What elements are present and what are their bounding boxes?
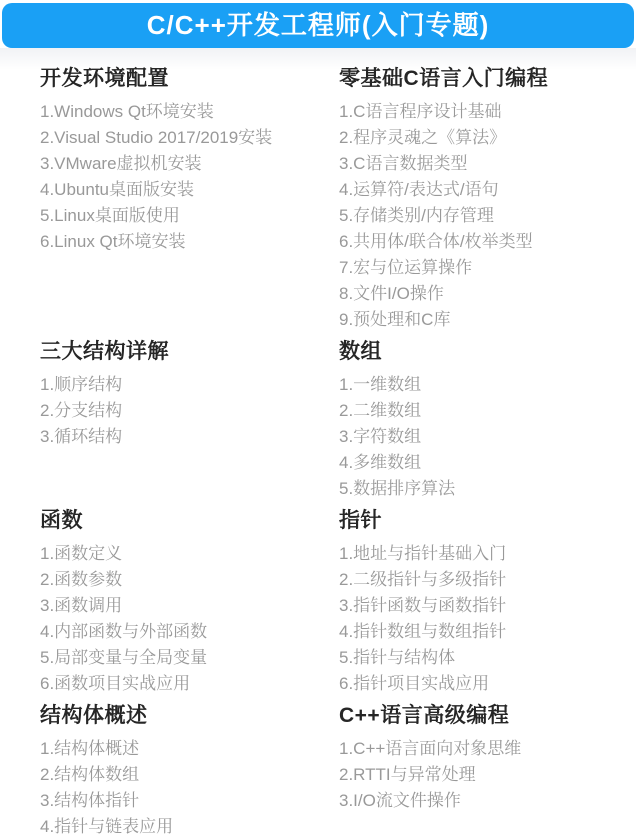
- course-item: 2.函数参数: [40, 567, 319, 593]
- course-item: 4.指针数组与数组指针: [339, 619, 618, 645]
- course-item: 2.RTTI与异常处理: [339, 762, 618, 788]
- section-item-list: 1.函数定义2.函数参数3.函数调用4.内部函数与外部函数5.局部变量与全局变量…: [40, 541, 319, 697]
- course-item: 6.Linux Qt环境安装: [40, 229, 319, 255]
- course-item: 9.预处理和C库: [339, 307, 618, 333]
- course-item: 4.多维数组: [339, 450, 618, 476]
- page-title: C/C++开发工程师(入门专题): [147, 12, 489, 40]
- course-item: 3.结构体指针: [40, 788, 319, 814]
- course-item: 5.存储类别/内存管理: [339, 203, 618, 229]
- course-item: 3.字符数组: [339, 424, 618, 450]
- section-title: 开发环境配置: [40, 64, 319, 94]
- course-item: 3.C语言数据类型: [339, 151, 618, 177]
- course-item: 8.文件I/O操作: [339, 281, 618, 307]
- course-section: 三大结构详解1.顺序结构2.分支结构3.循环结构: [40, 337, 319, 450]
- course-sections-grid: 开发环境配置1.Windows Qt环境安装2.Visual Studio 20…: [0, 48, 636, 840]
- course-item: 5.局部变量与全局变量: [40, 645, 319, 671]
- course-item: 2.分支结构: [40, 398, 319, 424]
- section-item-list: 1.顺序结构2.分支结构3.循环结构: [40, 372, 319, 450]
- course-item: 2.二维数组: [339, 398, 618, 424]
- course-item: 3.指针函数与函数指针: [339, 593, 618, 619]
- section-item-list: 1.结构体概述2.结构体数组3.结构体指针4.指针与链表应用: [40, 736, 319, 840]
- course-item: 1.C++语言面向对象思维: [339, 736, 618, 762]
- course-section: 结构体概述1.结构体概述2.结构体数组3.结构体指针4.指针与链表应用: [40, 701, 319, 840]
- course-item: 4.指针与链表应用: [40, 814, 319, 840]
- course-item: 1.C语言程序设计基础: [339, 99, 618, 125]
- course-item: 3.I/O流文件操作: [339, 788, 618, 814]
- course-item: 1.地址与指针基础入门: [339, 541, 618, 567]
- section-item-list: 1.地址与指针基础入门2.二级指针与多级指针3.指针函数与函数指针4.指针数组与…: [339, 541, 618, 697]
- section-item-list: 1.C++语言面向对象思维2.RTTI与异常处理3.I/O流文件操作: [339, 736, 618, 814]
- course-item: 1.函数定义: [40, 541, 319, 567]
- course-section: 开发环境配置1.Windows Qt环境安装2.Visual Studio 20…: [40, 64, 319, 255]
- course-item: 1.结构体概述: [40, 736, 319, 762]
- section-title: 指针: [339, 506, 618, 536]
- course-item: 1.一维数组: [339, 372, 618, 398]
- course-item: 6.函数项目实战应用: [40, 671, 319, 697]
- course-section: 数组1.一维数组2.二维数组3.字符数组4.多维数组5.数据排序算法: [339, 337, 618, 502]
- course-item: 1.Windows Qt环境安装: [40, 99, 319, 125]
- section-item-list: 1.Windows Qt环境安装2.Visual Studio 2017/201…: [40, 99, 319, 255]
- course-item: 5.Linux桌面版使用: [40, 203, 319, 229]
- course-item: 5.数据排序算法: [339, 476, 618, 502]
- course-item: 4.Ubuntu桌面版安装: [40, 177, 319, 203]
- section-item-list: 1.C语言程序设计基础2.程序灵魂之《算法》3.C语言数据类型4.运算符/表达式…: [339, 99, 618, 333]
- course-item: 6.共用体/联合体/枚举类型: [339, 229, 618, 255]
- course-item: 4.运算符/表达式/语句: [339, 177, 618, 203]
- course-section: C++语言高级编程1.C++语言面向对象思维2.RTTI与异常处理3.I/O流文…: [339, 701, 618, 814]
- course-item: 1.顺序结构: [40, 372, 319, 398]
- section-title: 结构体概述: [40, 701, 319, 731]
- section-title: 三大结构详解: [40, 337, 319, 367]
- course-item: 7.宏与位运算操作: [339, 255, 618, 281]
- course-item: 4.内部函数与外部函数: [40, 619, 319, 645]
- course-section: 指针1.地址与指针基础入门2.二级指针与多级指针3.指针函数与函数指针4.指针数…: [339, 506, 618, 697]
- section-title: 函数: [40, 506, 319, 536]
- course-item: 2.程序灵魂之《算法》: [339, 125, 618, 151]
- section-title: 零基础C语言入门编程: [339, 64, 618, 94]
- course-item: 3.VMware虚拟机安装: [40, 151, 319, 177]
- course-section: 函数1.函数定义2.函数参数3.函数调用4.内部函数与外部函数5.局部变量与全局…: [40, 506, 319, 697]
- section-title: C++语言高级编程: [339, 701, 618, 731]
- course-outline-page: C/C++开发工程师(入门专题) 开发环境配置1.Windows Qt环境安装2…: [0, 0, 636, 840]
- course-item: 2.结构体数组: [40, 762, 319, 788]
- course-item: 3.函数调用: [40, 593, 319, 619]
- course-item: 3.循环结构: [40, 424, 319, 450]
- course-item: 6.指针项目实战应用: [339, 671, 618, 697]
- header-banner: C/C++开发工程师(入门专题): [2, 3, 634, 48]
- section-item-list: 1.一维数组2.二维数组3.字符数组4.多维数组5.数据排序算法: [339, 372, 618, 502]
- course-item: 5.指针与结构体: [339, 645, 618, 671]
- course-section: 零基础C语言入门编程1.C语言程序设计基础2.程序灵魂之《算法》3.C语言数据类…: [339, 64, 618, 333]
- section-title: 数组: [339, 337, 618, 367]
- course-item: 2.Visual Studio 2017/2019安装: [40, 125, 319, 151]
- course-item: 2.二级指针与多级指针: [339, 567, 618, 593]
